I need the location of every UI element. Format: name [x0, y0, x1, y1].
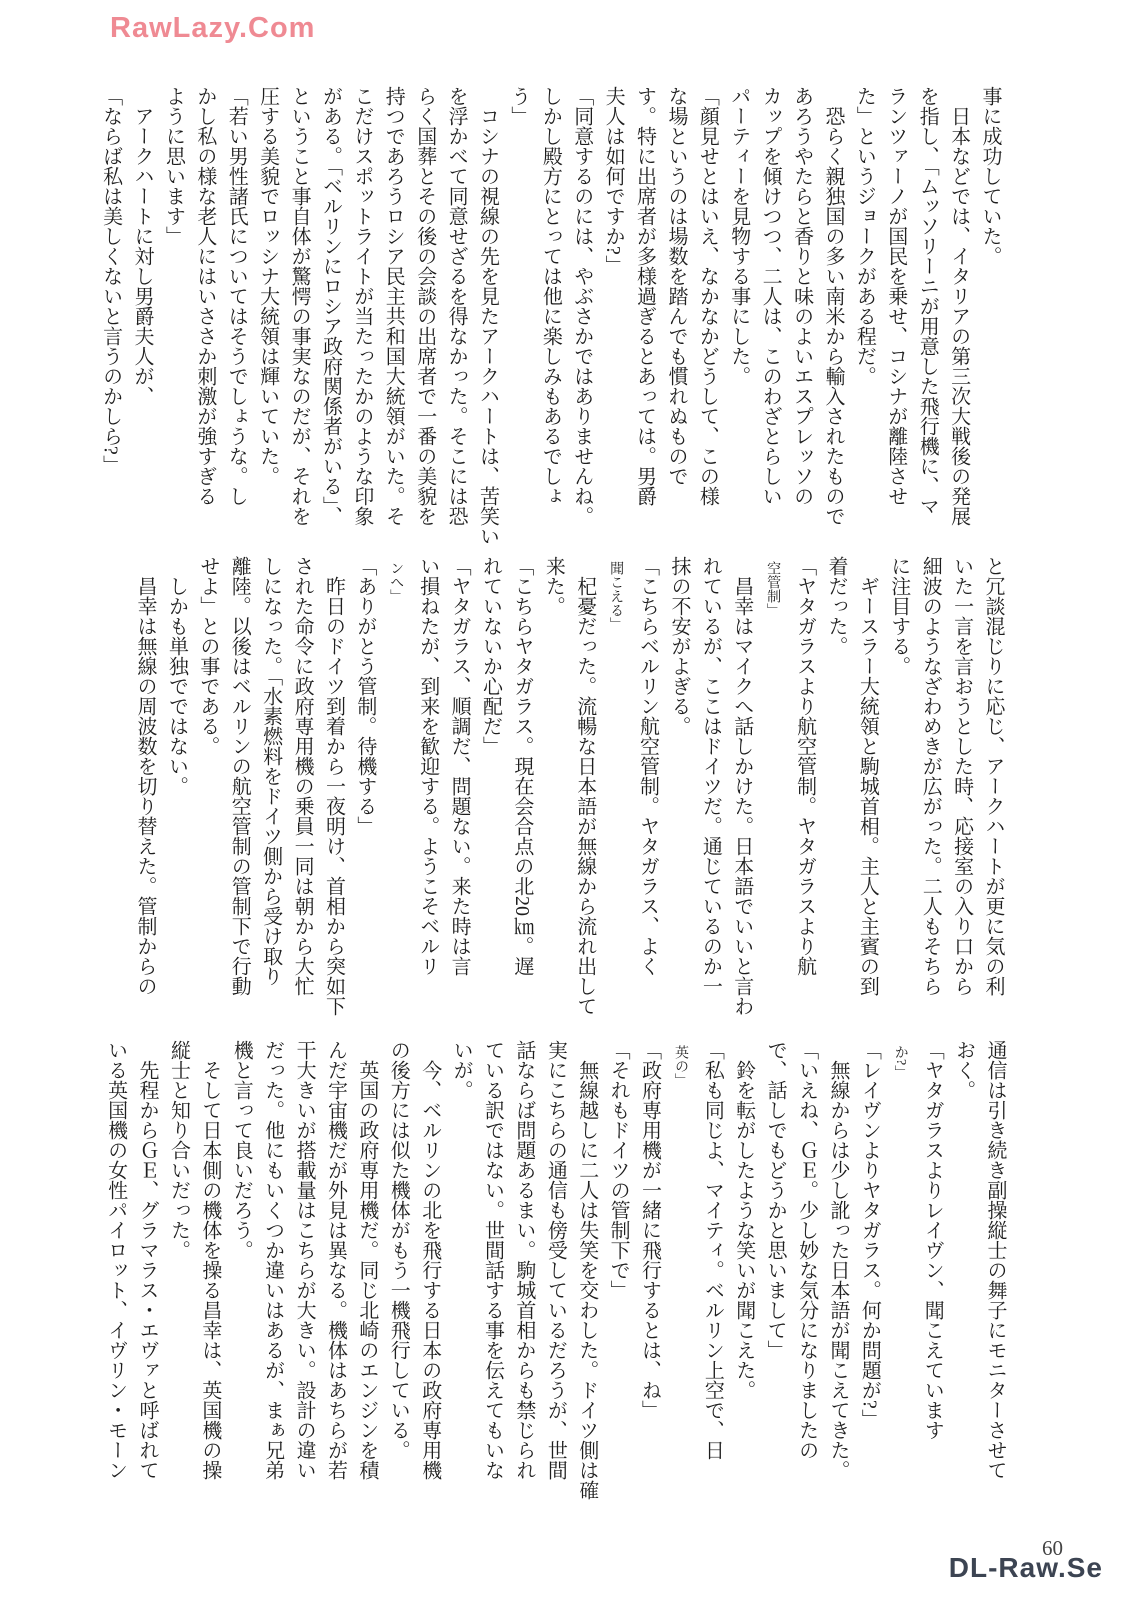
- text-line: れているが、ここはドイツだ。通じているのか一: [694, 556, 725, 1038]
- text-line: ている訳ではない。世間話する事を伝えてもいな: [476, 1040, 507, 1536]
- text-line: 「いえね、ＧＥ。少し妙な気分になりましたの: [790, 1040, 821, 1536]
- text-line: 離陸。以後はベルリンの航空管制の管制下で行動: [223, 556, 254, 1038]
- text-line: を指し、「ムッソリーニが用意した飛行機に、マ: [911, 86, 942, 551]
- text-line: 英の」: [665, 1040, 696, 1536]
- text-line: な場というのは場数を踏んでも慣れぬもので: [660, 86, 691, 551]
- text-line: 「こちらヤタガラス。現在会合点の北20㎞。遅: [506, 556, 537, 1038]
- text-line: で、話しでもどうかと思いまして」: [759, 1040, 790, 1536]
- text-line: 昨日のドイツ到着から一夜明け、首相から突如下: [317, 556, 348, 1038]
- text-line: 「若い男性諸氏についてはそうでしょうな。し: [220, 86, 251, 551]
- text-line: の後方には似た機体がもう一機飛行している。: [382, 1040, 413, 1536]
- text-line: んだ宇宙機だが外見は異なる。機体はあちらが若: [319, 1040, 350, 1536]
- text-line: 持つであろうロシア民主共和国大統領がいた。そ: [377, 86, 408, 551]
- text-line: う」: [503, 86, 534, 551]
- text-line: 英国の政府専用機だ。同じ北崎のエンジンを積: [350, 1040, 381, 1536]
- text-line: いた一言を言おうとした時、応接室の入り口から: [945, 556, 976, 1038]
- text-line: 「ならば私は美しくないと言うのかしら?」: [94, 86, 125, 551]
- text-line: パーティーを見物する事にした。: [722, 86, 753, 551]
- text-band-middle: と冗談混じりに応じ、アークハートが更に気の利いた一言を言おうとした時、応接室の入…: [129, 556, 1008, 1038]
- text-line: あろうやたらと香りと味のよいエスプレッソの: [785, 86, 816, 551]
- text-line: がある。「ベルリンにロシア政府関係者がいる」、: [314, 86, 345, 551]
- text-line: と冗談混じりに応じ、アークハートが更に気の利: [977, 556, 1008, 1038]
- text-line: らく国葬とその後の会談の出席者で一番の美貌を: [408, 86, 439, 551]
- text-line: ランツァーノが国民を乗せ、コシナが離陸させ: [879, 86, 910, 551]
- text-line: ように思います」: [157, 86, 188, 551]
- text-line: 恐らく親独国の多い南米から輸入されたもので: [817, 86, 848, 551]
- text-line: 話ならば問題あるまい。駒城首相からも禁じられ: [508, 1040, 539, 1536]
- text-line: 「こちらベルリン航空管制。ヤタガラス、よく: [631, 556, 662, 1038]
- text-line: 干大きいが搭載量はこちらが大きい。設計の違い: [288, 1040, 319, 1536]
- text-line: ということ事自体が驚愕の事実なのだが、それを: [283, 86, 314, 551]
- text-line: 聞こえる」: [600, 556, 631, 1038]
- text-line: 圧する美貌でロッシナ大統領は輝いていた。: [251, 86, 282, 551]
- text-line: 鈴を転がしたような笑いが聞こえた。: [727, 1040, 758, 1536]
- text-line: せよ」との事である。: [191, 556, 222, 1038]
- text-line: しになった。「水素燃料をドイツ側から受け取り: [254, 556, 285, 1038]
- text-line: い損ねたが、到来を歓迎する。ようこそベルリ: [411, 556, 442, 1038]
- text-line: だった。他にもいくつか違いはあるが、まぁ兄弟: [256, 1040, 287, 1536]
- text-line: を浮かべて同意せざるを得なかった。そこには恐: [440, 86, 471, 551]
- text-line: 「ありがとう管制。待機する」: [348, 556, 379, 1038]
- text-line: 「レイヴンよりヤタガラス。何か問題が?」: [853, 1040, 884, 1536]
- text-line: 昌幸はマイクへ話しかけた。日本語でいいと言わ: [725, 556, 756, 1038]
- text-line: れていないか心配だ」: [474, 556, 505, 1038]
- text-line: いる英国機の女性パイロット、イヴリン・モーン: [99, 1040, 130, 1536]
- text-line: された命令に政府専用機の乗員一同は朝から大忙: [286, 556, 317, 1038]
- text-line: 無線越しに二人は失笑を交わした。ドイツ側は確: [570, 1040, 601, 1536]
- text-line: 「ヤタガラスよりレイヴン、聞こえています: [916, 1040, 947, 1536]
- text-line: ギースラー大統領と駒城首相。主人と主賓の到: [851, 556, 882, 1038]
- watermark-rawlazy: RawLazy.Com: [110, 12, 315, 45]
- text-line: 抹の不安がよぎる。: [663, 556, 694, 1038]
- text-line: しかも単独でではない。: [160, 556, 191, 1038]
- text-line: 「政府専用機が一緒に飛行するとは、ね」: [633, 1040, 664, 1536]
- text-line: おく。: [947, 1040, 978, 1536]
- text-band-bottom: 通信は引き続き副操縦士の舞子にモニターさせておく。「ヤタガラスよりレイヴン、聞こ…: [99, 1040, 1010, 1536]
- text-line: 日本などでは、イタリアの第三次大戦後の発展: [942, 86, 973, 551]
- watermark-dlraw: DL-Raw.Se: [949, 1552, 1103, 1584]
- text-line: に注目する。: [882, 556, 913, 1038]
- text-line: か?」: [884, 1040, 915, 1536]
- text-line: 昌幸は無線の周波数を切り替えた。管制からの: [129, 556, 160, 1038]
- text-line: 「ヤタガラスより航空管制。ヤタガラスより航: [788, 556, 819, 1038]
- text-line: ンへ」: [380, 556, 411, 1038]
- text-line: 「顔見せとはいえ、なかなかどうして、この様: [691, 86, 722, 551]
- text-line: 無線からは少し訛った日本語が聞こえてきた。: [822, 1040, 853, 1536]
- text-line: 空管制」: [757, 556, 788, 1038]
- text-line: そして日本側の機体を操る昌幸は、英国機の操: [193, 1040, 224, 1536]
- text-line: 今、ベルリンの北を飛行する日本の政府専用機: [413, 1040, 444, 1536]
- text-line: 通信は引き続き副操縦士の舞子にモニターさせて: [979, 1040, 1010, 1536]
- text-line: 「私も同じよ、マイティ。ベルリン上空で、日: [696, 1040, 727, 1536]
- text-line: カップを傾けつつ、二人は、このわざとらしい: [754, 86, 785, 551]
- text-line: 杞憂だった。流暢な日本語が無線から流れ出して: [568, 556, 599, 1038]
- text-line: 事に成功していた。: [974, 86, 1005, 551]
- text-line: す。特に出席者が多様過ぎるとあっては。男爵: [628, 86, 659, 551]
- text-line: 「それもドイツの管制下で」: [602, 1040, 633, 1536]
- text-line: いが。: [445, 1040, 476, 1536]
- text-line: た」というジョークがある程だ。: [848, 86, 879, 551]
- text-line: こだけスポットライトが当たったかのような印象: [345, 86, 376, 551]
- text-line: 「同意するのには、やぶさかではありませんね。: [565, 86, 596, 551]
- text-line: 先程からＧＥ、グラマラス・エヴァと呼ばれて: [131, 1040, 162, 1536]
- text-band-top: 事に成功していた。 日本などでは、イタリアの第三次大戦後の発展を指し、「ムッソリ…: [94, 86, 1005, 551]
- text-line: 縦士と知り合いだった。: [162, 1040, 193, 1536]
- text-line: 実にこちらの通信も傍受しているだろうが、世間: [539, 1040, 570, 1536]
- text-line: アークハートに対し男爵夫人が、: [126, 86, 157, 551]
- text-line: 細波のようなざわめきが広がった。二人もそちら: [914, 556, 945, 1038]
- text-line: 機と言って良いだろう。: [225, 1040, 256, 1536]
- text-line: 「ヤタガラス、順調だ、問題ない。来た時は言: [443, 556, 474, 1038]
- text-line: しかし殿方にとっては他に楽しみもあるでしょ: [534, 86, 565, 551]
- text-line: 夫人は如何ですか?」: [597, 86, 628, 551]
- text-line: 着だった。: [820, 556, 851, 1038]
- text-line: 来た。: [537, 556, 568, 1038]
- text-line: コシナの視線の先を見たアークハートは、苦笑い: [471, 86, 502, 551]
- text-line: かし私の様な老人にはいささか刺激が強すぎる: [188, 86, 219, 551]
